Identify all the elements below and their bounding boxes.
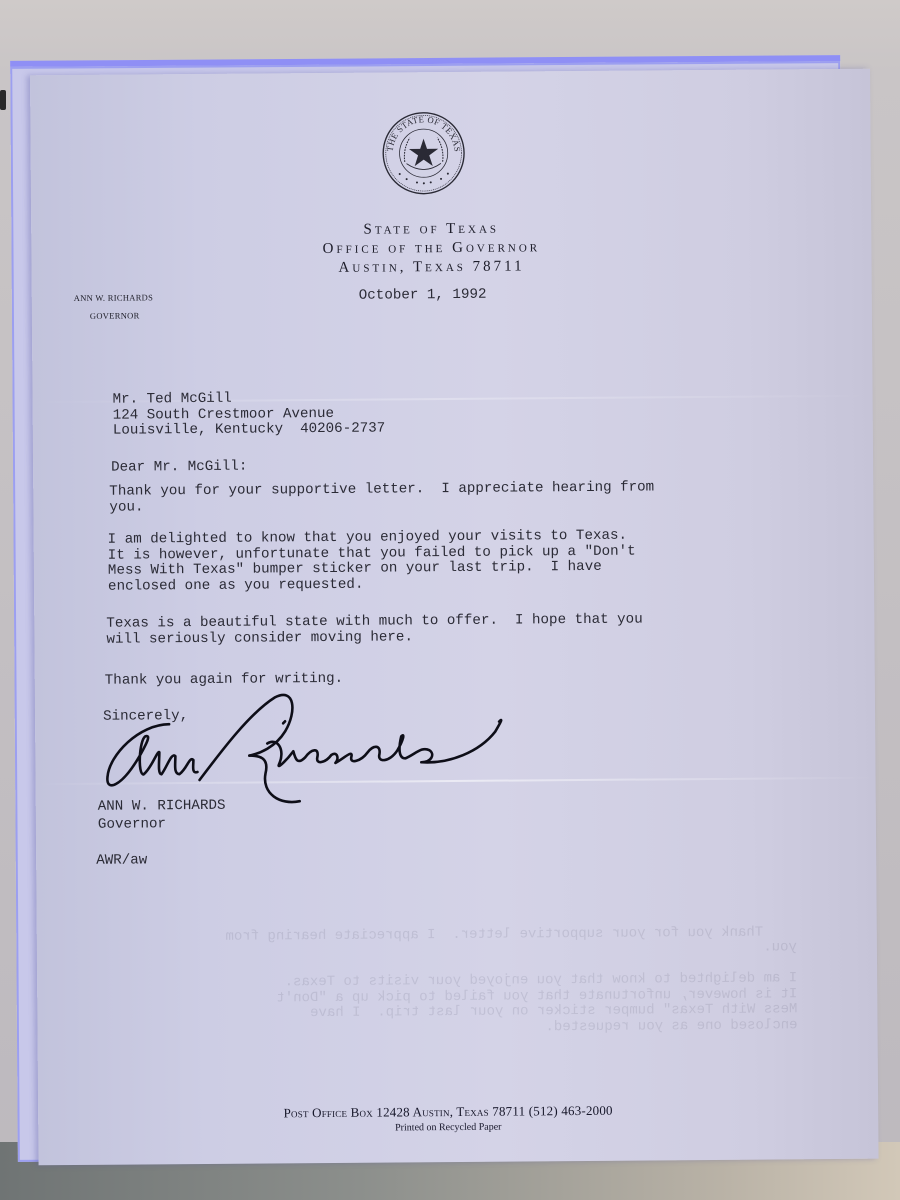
signer-title: Governor: [98, 817, 166, 833]
letterhead-city: Austin, Texas 78711: [271, 257, 591, 279]
recipient-city: Louisville, Kentucky 40206-2737: [113, 421, 386, 439]
recipient-address: Mr. Ted McGill 124 South Crestmoor Avenu…: [113, 391, 386, 440]
reference-initials: AWR/aw: [96, 853, 147, 869]
letterhead-footer: Post Office Box 12428 Austin, Texas 7871…: [188, 1102, 708, 1135]
paragraph: Thank you for your supportive letter. I …: [109, 480, 654, 515]
paragraph: I am delighted to know that you enjoyed …: [108, 529, 636, 595]
recipient-name: Mr. Ted McGill: [113, 391, 232, 408]
letterhead-governor-name: ANN W. RICHARDS: [74, 292, 153, 303]
binder-clip: [0, 90, 6, 110]
salutation: Dear Mr. McGill:: [111, 460, 247, 477]
footer-address: Post Office Box 12428 Austin, Texas 7871…: [188, 1102, 708, 1122]
letter-date: October 1, 1992: [359, 288, 487, 305]
footer-recycled-note: Printed on Recycled Paper: [188, 1120, 708, 1135]
letterhead-office: Office of the Governor: [271, 238, 591, 260]
paragraph: Thank you again for writing.: [105, 672, 344, 689]
texas-state-seal-icon: THE STATE OF TEXAS: [380, 110, 467, 197]
letterhead-state: State of Texas: [271, 219, 591, 241]
handwritten-signature: [99, 691, 520, 814]
letterhead-governor-title: GOVERNOR: [90, 310, 140, 320]
letter-page: THE STATE OF TEXAS State of Texas Office…: [30, 69, 879, 1166]
bleed-through-text: Thank you for your supportive letter. I …: [97, 909, 798, 1054]
paragraph: Texas is a beautiful state with much to …: [106, 613, 643, 648]
letterhead: State of Texas Office of the Governor Au…: [271, 219, 591, 279]
signer-name: ANN W. RICHARDS: [98, 799, 226, 816]
